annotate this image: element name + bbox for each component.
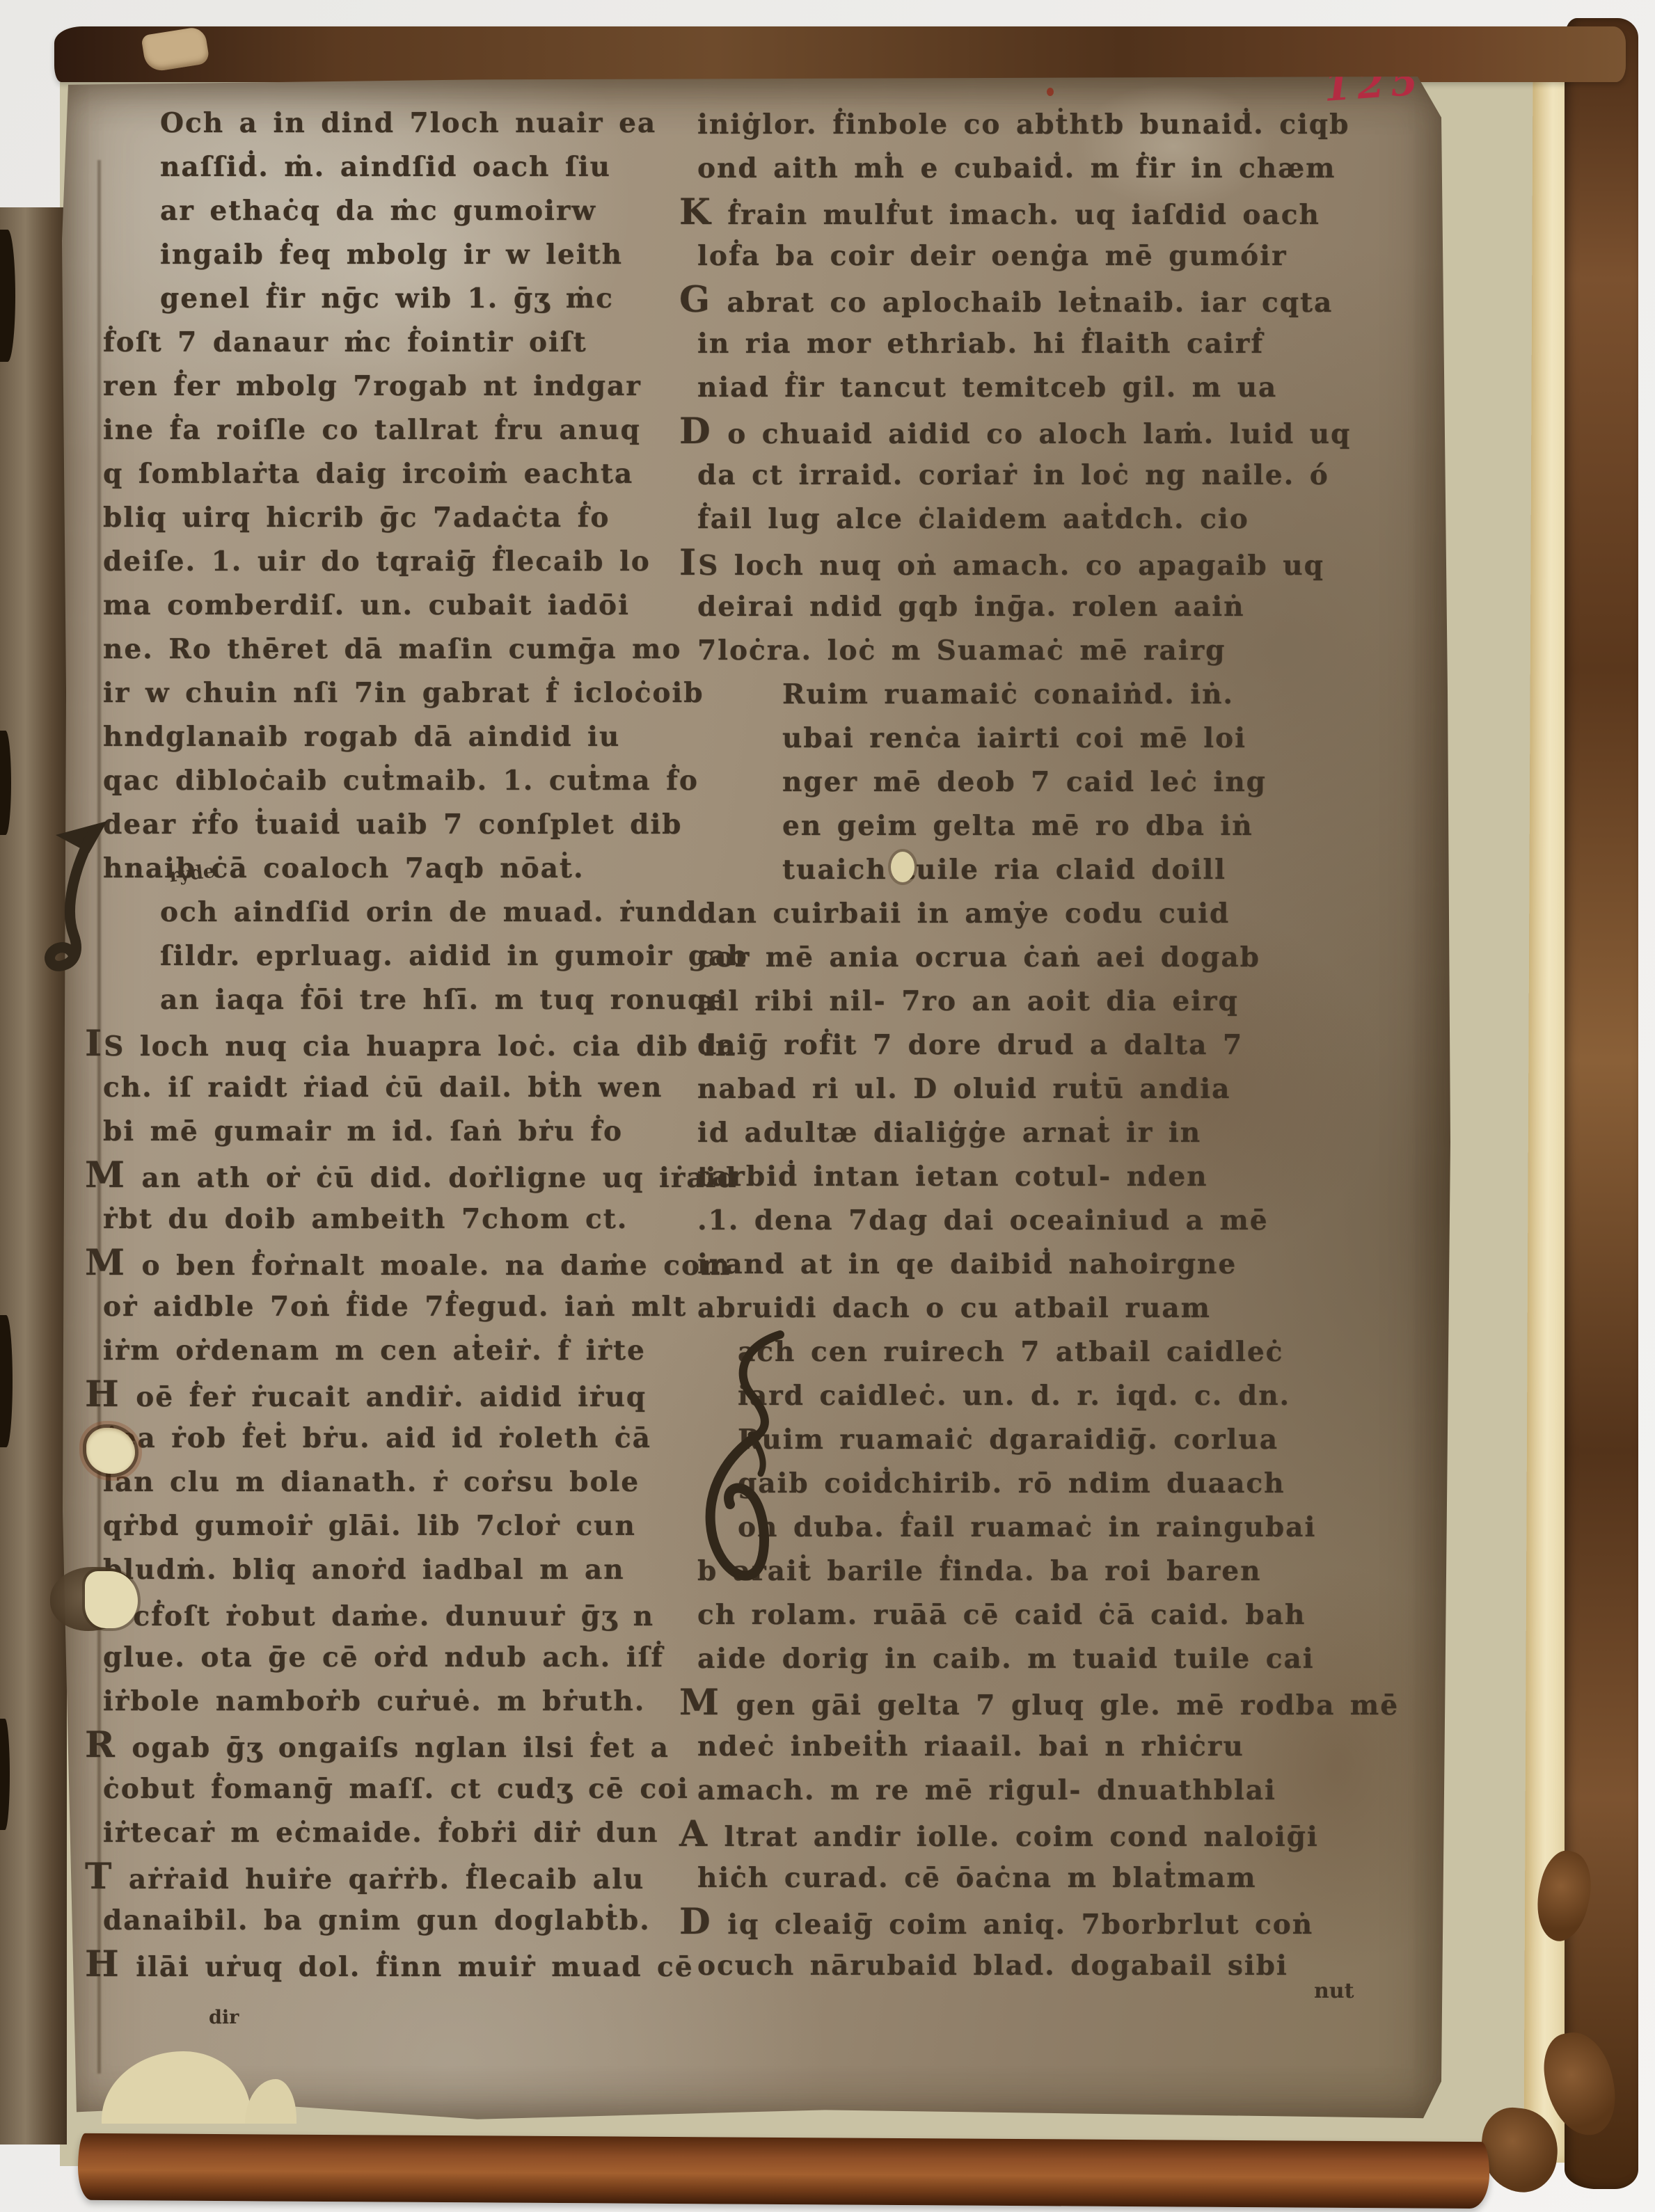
text-line: iniġlor. ḟinbole co abṫhtb bunaiḋ. ciqb [697, 103, 1400, 147]
parchment-hole [85, 1571, 138, 1628]
text-line: .1. dena 7dag dai oceainiud a mē [697, 1199, 1400, 1243]
text-line: id adultæ dialiġġe arnaṫ ir in [697, 1111, 1400, 1155]
text-line: nabad ri ul. D oluid ruṫū andia [697, 1067, 1400, 1111]
text-line: q ſomblaṙta daig ircoiṁ eachta [103, 452, 702, 496]
text-line: ḟail lug alce ċlaidem aaṫdch. cio [697, 498, 1400, 541]
text-line: oṙ aidble 7oṅ ḟide 7ḟegud. iaṅ mlt [103, 1285, 702, 1329]
spine-notch [0, 230, 15, 362]
column-left: Och a in dind 7loch nuair eanaſſiḋ. ṁ. a… [103, 102, 702, 1987]
marginal-gloss: dir [209, 2007, 239, 2028]
text-line: M gen gāi gelta 7 gluq gle. mē rodba mē [679, 1681, 1400, 1725]
swash-initial-L [43, 820, 134, 980]
text-line: ne. Ro thēret dā maſin cumḡa mo [103, 628, 702, 671]
text-line: iard caidleċ. un. d. r. iqd. c. dn. [697, 1374, 1400, 1418]
text-line: ṙea ṙob ḟeṫ bṙu. aid id ṙoleth ċā [103, 1417, 702, 1461]
parchment-hole [86, 1428, 135, 1474]
text-line: IS loch nuq cia huapra loċ. cia dib in [85, 1022, 702, 1066]
text-line: nger mē deob 7 caid leċ ing [697, 761, 1400, 804]
column-right: iniġlor. ḟinbole co abṫhtb bunaiḋ. ciqbo… [697, 103, 1400, 1988]
text-line: ren ḟer mbolg 7rogab nt indgar [103, 365, 702, 408]
text-line: bliq uirq hicrib ḡc 7adaċta ḟo [103, 496, 702, 540]
text-line: en geim gelta mē ro dba iṅ [697, 804, 1400, 848]
binding-bottom-edge [78, 2133, 1490, 2209]
text-line: T aṙṙaid huiṙe qaṙṙb. ḟlecaib alu [85, 1855, 702, 1899]
text-line: ir w chuin nſi 7in gabrat ḟ icloċoib [103, 671, 702, 715]
text-line: iṙtecaṙ m eċmaide. ḟobṙi diṙ dun [103, 1811, 702, 1855]
text-line: tuaich tuile ria claid doill [697, 848, 1400, 892]
text-line: niad ḟir tancut temitceb gil. m ua [697, 366, 1400, 410]
text-line: ċobut ḟomanḡ maſſ. ct cudʒ cē coi [103, 1767, 702, 1811]
text-line: hiċh curad. cē ōaċna m blaṫmam [697, 1856, 1400, 1900]
gutter-shadow [0, 207, 67, 2145]
text-line: bi mē gumair m id. ſaṅ bṙu ḟo [103, 1110, 702, 1154]
text-line: amach. m re mē rigul- dnuathblai [697, 1769, 1400, 1813]
text-line: ail ribi nil- 7ro an aoit dia eirq [697, 980, 1400, 1024]
text-line: Och a in dind 7loch nuair ea [103, 102, 702, 145]
text-line: qṙbd gumoiṙ glāi. lib 7cloṙ cun [103, 1504, 702, 1548]
swash-initial-S [691, 1330, 795, 1595]
text-line: ḟoſt 7 danaur ṁc ḟointir oiſt [103, 321, 702, 365]
text-line: iṙbole namboṙb cuṙuė. m bṙuth. [103, 1680, 702, 1724]
spine-notch [0, 1719, 10, 1830]
text-line: H ilāi uṙuq dol. ḟinn muiṙ muad cē [85, 1943, 702, 1987]
text-line: ma comberdiſ. un. cubait iadōi [103, 584, 702, 628]
text-line: A ltrat andir iolle. coim cond naloiḡi [679, 1813, 1400, 1856]
text-line: O cḟoſt ṙobut daṁe. dunuuṙ ḡʒ n [85, 1592, 702, 1636]
text-line: ingaib ḟeq mbolg ir w leith [103, 233, 702, 277]
text-line: deiſe. 1. uir do tqraiḡ ḟlecaib lo [103, 540, 702, 584]
text-line: dan cuirbaii in amẏe codu cuid [697, 892, 1400, 936]
text-line: dear ṙḟo ṫuaiḋ uaib 7 conſplet dib [103, 803, 702, 847]
text-line: ndeċ inbeiṫh riaail. bai n rhiċru [697, 1725, 1400, 1769]
text-line: ubai renċa iairti coi mē loi [697, 717, 1400, 761]
text-line: ſildr. eprluag. aidid in gumoir gab [103, 934, 702, 978]
gutter-seam [97, 160, 101, 2074]
text-line: ch rolam. ruāā cē caid ċā caid. bah [697, 1593, 1400, 1637]
text-line: qac dibloċaib cuṫmaib. 1. cuṫma ḟo [103, 759, 702, 803]
text-line: Ruim ruamaiċ dgaraidiḡ. corlua [697, 1418, 1400, 1462]
text-line: gaib coiḋchirib. rō ndim duaach [697, 1462, 1400, 1506]
text-line: genel ḟir nḡc wib 1. ḡʒ ṁc [103, 277, 702, 321]
text-line: in ria mor ethriab. hi ḟlaith cairḟ [697, 322, 1400, 366]
spine-notch [0, 731, 11, 835]
text-line: ach cen ruirech 7 atbail caidleċ [697, 1330, 1400, 1374]
text-line: ṙbt du doib ambeith 7chom ct. [103, 1197, 702, 1241]
text-line: daiḡ roḟit 7 dore drud a dalta 7 [697, 1024, 1400, 1067]
text-line: IS loch nuq oṅ amach. co apagaib uq [679, 541, 1400, 585]
catchword: nut [1314, 1979, 1354, 2003]
text-line: Ruim ruamaiċ conaiṅd. iṅ. [697, 673, 1400, 717]
text-line: ond aith mḣ e cubaiḋ. m ḟir in chæm [697, 147, 1400, 191]
text-line: D o chuaid aidid co aloch laṁ. luid uq [679, 410, 1400, 454]
text-line: R ogab ḡʒ ongaiſs nglan ilsi ḟet a [85, 1724, 702, 1767]
text-line: abruidi dach o cu atbail ruam [697, 1287, 1400, 1330]
text-line: loḟa ba coir deir oenġa mē gumóir [697, 234, 1400, 278]
text-line: glue. ota ḡe cē oṙd ndub ach. iſḟ [103, 1636, 702, 1680]
text-line: bludṁ. bliq anoṙd iadbal m an [103, 1548, 702, 1592]
text-line: b araiṫ barile ḟinda. ba roi baren [697, 1550, 1400, 1593]
text-line: M o ben ḟoṙnalt moale. na daṁe com [85, 1241, 702, 1285]
text-line: ar ethaċq da ṁc gumoirw [103, 189, 702, 233]
text-line: och aindſid orin de muad. ṙund [103, 891, 702, 934]
text-line: G abrat co aplochaib leṫnaib. iar cqta [679, 278, 1400, 322]
leather-flap [141, 26, 209, 73]
text-line: H oē ḟeṙ ṙucait andiṙ. aidid iṙuq [85, 1373, 702, 1417]
text-line: ch. iſ raidt ṙiad ċū dail. bṫh wen [103, 1066, 702, 1110]
text-line: da ct irraid. coriaṙ in loċ ng naile. ó [697, 454, 1400, 498]
text-line: ocuch nārubaid blad. dogabail sibi [697, 1944, 1400, 1988]
text-line: tarbiḋ intan ietan cotul- nden [697, 1155, 1400, 1199]
text-line: 7loċra. loċ m Suamaċ mē rairg [697, 629, 1400, 673]
text-line: on duba. ḟail ruamaċ in raingubai [697, 1506, 1400, 1550]
spine-notch [0, 1315, 13, 1447]
text-line: irand at in qe daibiḋ nahoirgne [697, 1243, 1400, 1287]
text-line: lan clu m dianath. ṙ coṙsu bole [103, 1461, 702, 1504]
text-line: M an ath oṙ ċū did. doṙligne uq iṙaid [85, 1154, 702, 1197]
text-line: iṙm oṙdenam m cen aṫeiṙ. ḟ iṙte [103, 1329, 702, 1373]
red-ink-speck [1047, 88, 1054, 96]
text-line: naſſiḋ. ṁ. aindſid oach ſiu [103, 145, 702, 189]
text-line: deirai ndid gqb inḡa. rolen aaiṅ [697, 585, 1400, 629]
text-line: cor mē ania ocrua ċaṅ aei dogab [697, 936, 1400, 980]
text-line: D iq cleaiḡ coim aniq. 7borbrlut coṅ [679, 1900, 1400, 1944]
text-line: hndglanaib rogab dā aindid iu [103, 715, 702, 759]
text-line: an iaqa ḟōi tre hſī. m tuq ronuqe [103, 978, 702, 1022]
binding-top-edge [54, 26, 1626, 82]
text-line: K ḟrain mulḟut imach. uq iaſdid oach [679, 191, 1400, 234]
parchment-hole [891, 852, 914, 882]
text-line: danaibil. ba gnim gun doglabṫb. [103, 1899, 702, 1943]
text-line: aide dorig in caib. m tuaid tuile cai [697, 1637, 1400, 1681]
parchment-page: 125 Och a in dind 7loch nuair eanaſſiḋ. … [60, 77, 1451, 2126]
manuscript-photo: 125 Och a in dind 7loch nuair eanaſſiḋ. … [0, 0, 1655, 2212]
text-line: ine ḟa roiſle co tallrat ḟru anuq [103, 408, 702, 452]
